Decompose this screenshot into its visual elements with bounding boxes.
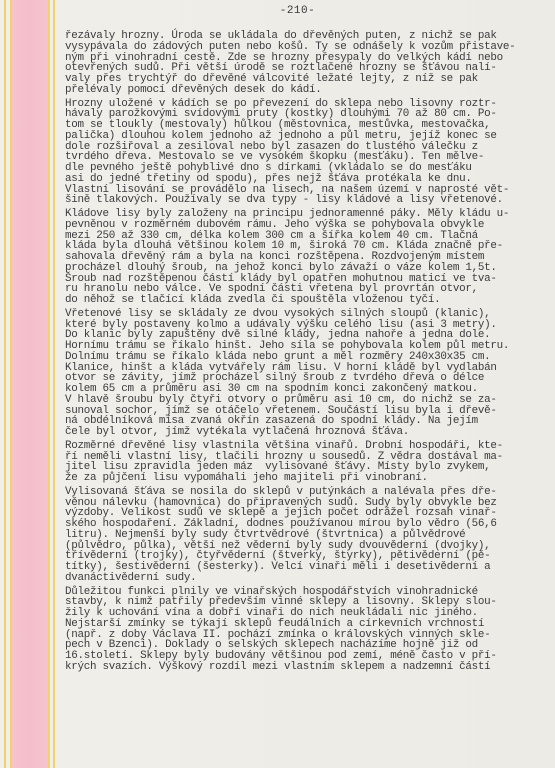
text-line: čele byl otvor, jímž vytékala vytlačená … [65,427,545,438]
text-line: že za půjčení lisu vypomáhali jeho majit… [65,473,545,484]
text-line: vysypávala do zádových puten nebo košů. … [65,42,545,53]
text-line: asi do jedné třetiny od spodu), přes nej… [65,174,545,185]
left-margin-decoration [0,0,60,768]
paragraph: Vylisovaná šťáva se nosila do sklepů v p… [65,487,545,584]
paragraph: Vřetenové lisy se skládaly ze dvou vysok… [65,309,545,438]
text-line: pevněnou v rozměrném dubovém rámu. Jeho … [65,220,545,231]
page-number: -210- [0,5,555,17]
paragraph: Hrozny uložené v kádích se po převezení … [65,99,545,207]
text-line: litru). Nejmenší byly sudy čtvrtvědrové … [65,530,545,541]
body-text: řezávaly hrozny. Úroda se ukládala do dř… [65,31,545,676]
text-line: Vřetenové lisy se skládaly ze dvou vysok… [65,309,545,320]
margin-line [53,0,55,768]
document-page: -210- řezávaly hrozny. Úroda se ukládala… [0,0,555,768]
text-line: Vylisovaná šťáva se nosila do sklepů v p… [65,487,545,498]
paragraph: Rozměrné dřevěné lisy vlastnila většina … [65,441,545,484]
text-line: procházel dlouhý šroub, na jehož konci b… [65,263,545,274]
paragraph: Důležitou funkci plnily ve vinařských ho… [65,587,545,673]
text-line: palička) dlouhou kolem jednoho až jednoh… [65,131,545,142]
text-line: Nejstarší zmínky se týkají sklepů feudál… [65,619,545,630]
paragraph: Kládove lisy byly založeny na principu j… [65,209,545,306]
text-line: krých svazích. Výškový rozdíl mezi vlast… [65,662,545,673]
paragraph: řezávaly hrozny. Úroda se ukládala do dř… [65,31,545,96]
margin-pink-stripe [12,0,48,768]
text-line: do něhož se tlačící kláda zvedla či spou… [65,295,545,306]
margin-line [4,0,6,768]
text-line: V hlavě šroubu byly čtyři otvory o průmě… [65,395,545,406]
text-line: Dolnímu trámu se říkalo kláda nebo grunt… [65,352,545,363]
text-line: přelévaly pomocí dřevěných desek do kádí… [65,85,545,96]
text-line: šině tlakových. Používaly se dva typy - … [65,195,545,206]
margin-line [48,0,50,768]
text-line: dvanáctivěderní sudy. [65,573,545,584]
text-line: Rozměrné dřevěné lisy vlastnila většina … [65,441,545,452]
